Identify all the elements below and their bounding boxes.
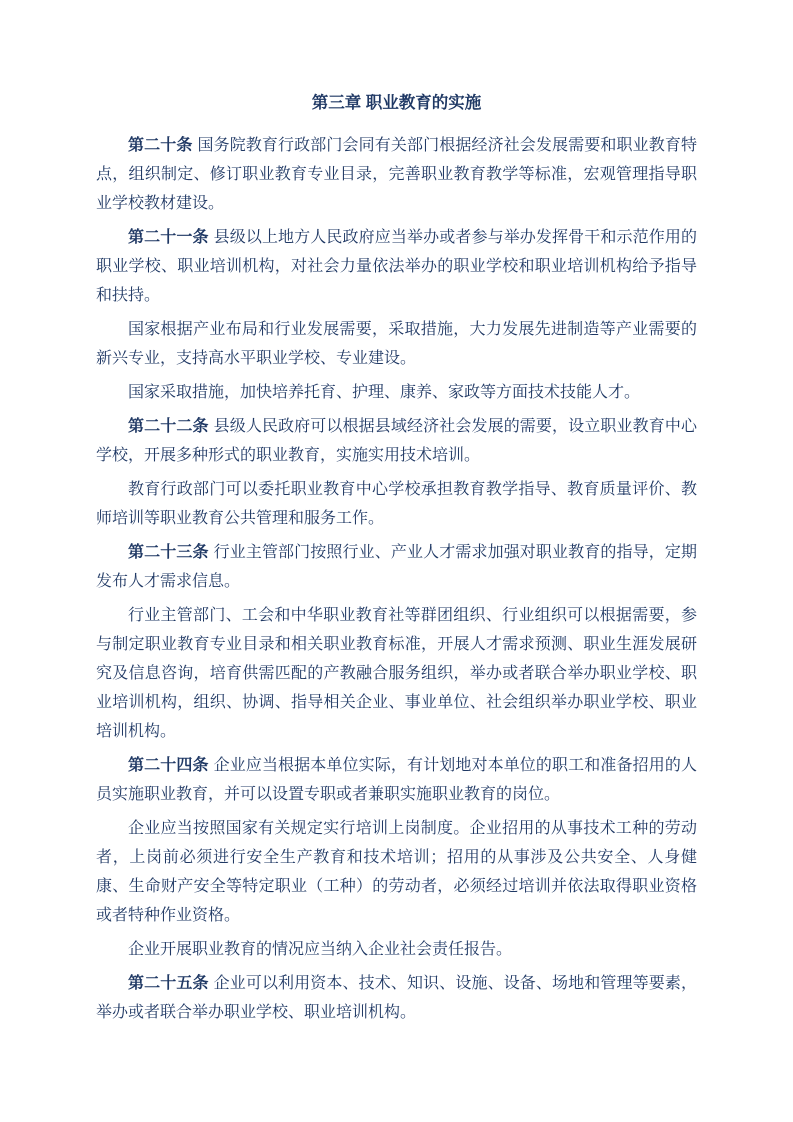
article-number: 第二十五条: [128, 975, 209, 992]
paragraph: 国家根据产业布局和行业发展需要，采取措施，大力发展先进制造等产业需要的新兴专业，…: [96, 315, 697, 373]
paragraph: 第二十五条企业可以利用资本、技术、知识、设施、设备、场地和管理等要素，举办或者联…: [96, 969, 697, 1027]
paragraph-text: 国家根据产业布局和行业发展需要，采取措施，大力发展先进制造等产业需要的新兴专业，…: [96, 321, 697, 367]
paragraph: 第二十三条行业主管部门按照行业、产业人才需求加强对职业教育的指导，定期发布人才需…: [96, 538, 697, 596]
paragraph: 国家采取措施，加快培养托育、护理、康养、家政等方面技术技能人才。: [96, 378, 697, 407]
paragraph: 教育行政部门可以委托职业教育中心学校承担教育教学指导、教育质量评价、教师培训等职…: [96, 475, 697, 533]
paragraph: 第二十四条企业应当根据本单位实际，有计划地对本单位的职工和准备招用的人员实施职业…: [96, 751, 697, 809]
chapter-title: 第三章 职业教育的实施: [96, 89, 697, 118]
paragraph-text: 行业主管部门、工会和中华职业教育社等群团组织、行业组织可以根据需要，参与制定职业…: [96, 607, 697, 740]
paragraph: 第二十一条县级以上地方人民政府应当举办或者参与举办发挥骨干和示范作用的职业学校、…: [96, 223, 697, 310]
paragraph: 第二十二条县级人民政府可以根据县域经济社会发展的需要，设立职业教育中心学校，开展…: [96, 412, 697, 470]
article-number: 第二十三条: [128, 544, 209, 561]
paragraph: 行业主管部门、工会和中华职业教育社等群团组织、行业组织可以根据需要，参与制定职业…: [96, 601, 697, 746]
paragraph: 企业开展职业教育的情况应当纳入企业社会责任报告。: [96, 935, 697, 964]
article-number: 第二十条: [128, 137, 192, 154]
paragraph: 企业应当按照国家有关规定实行培训上岗制度。企业招用的从事技术工种的劳动者，上岗前…: [96, 814, 697, 930]
paragraph: 第二十条国务院教育行政部门会同有关部门根据经济社会发展需要和职业教育特点，组织制…: [96, 131, 697, 218]
paragraph-text: 教育行政部门可以委托职业教育中心学校承担教育教学指导、教育质量评价、教师培训等职…: [96, 481, 697, 527]
article-number: 第二十一条: [128, 229, 209, 246]
document-page: 第三章 职业教育的实施 第二十条国务院教育行政部门会同有关部门根据经济社会发展需…: [0, 0, 793, 1122]
paragraph-text: 企业开展职业教育的情况应当纳入企业社会责任报告。: [128, 941, 512, 958]
article-number: 第二十二条: [128, 418, 209, 435]
paragraph-text: 企业应当按照国家有关规定实行培训上岗制度。企业招用的从事技术工种的劳动者，上岗前…: [96, 820, 697, 924]
paragraph-text: 国家采取措施，加快培养托育、护理、康养、家政等方面技术技能人才。: [128, 384, 640, 401]
article-number: 第二十四条: [128, 757, 209, 774]
